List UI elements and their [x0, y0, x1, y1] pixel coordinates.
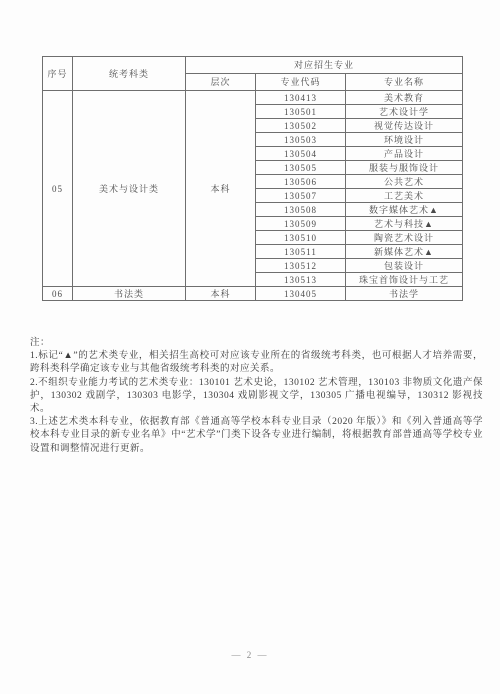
major-code-cell: 130507	[256, 189, 346, 203]
major-code-cell: 130508	[256, 203, 346, 217]
major-code-cell: 130505	[256, 161, 346, 175]
header-row-1: 序号 统考科类 对应招生专业	[43, 57, 463, 74]
major-name-cell: 数字媒体艺术▲	[346, 203, 463, 217]
major-name-cell: 包装设计	[346, 259, 463, 273]
majors-table: 序号 统考科类 对应招生专业 层次 专业代码 专业名称 05美术与设计类本科13…	[42, 56, 463, 301]
note-item-2: 2.不组织专业能力考试的艺术类专业：130101 艺术史论，130102 艺术管…	[30, 377, 483, 417]
col-header-name: 专业名称	[346, 74, 463, 91]
note-item-3: 3.上述艺术类本科专业，依据教育部《普通高等学校本科专业目录（2020 年版）》…	[30, 416, 483, 456]
major-name-cell: 艺术与科技▲	[346, 217, 463, 231]
notes-section: 注： 1.标记“▲”的艺术类专业，相关招生高校可对应该专业所在的省级统考科类，也…	[30, 337, 483, 456]
major-code-cell: 130513	[256, 273, 346, 287]
major-name-cell: 服装与服饰设计	[346, 161, 463, 175]
major-name-cell: 工艺美术	[346, 189, 463, 203]
major-code-cell: 130503	[256, 133, 346, 147]
category-cell: 美术与设计类	[73, 91, 186, 287]
major-name-cell: 陶瓷艺术设计	[346, 231, 463, 245]
major-name-cell: 产品设计	[346, 147, 463, 161]
major-code-cell: 130506	[256, 175, 346, 189]
page-number: — 2 —	[0, 650, 500, 660]
major-code-cell: 130504	[256, 147, 346, 161]
major-name-cell: 书法学	[346, 287, 463, 301]
note-item-1: 1.标记“▲”的艺术类专业，相关招生高校可对应该专业所在的省级统考科类，也可根据…	[30, 350, 483, 376]
majors-table-header: 序号 统考科类 对应招生专业 层次 专业代码 专业名称	[43, 57, 463, 91]
major-code-cell: 130512	[256, 259, 346, 273]
table-row: 06书法类本科130405书法学	[43, 287, 463, 301]
major-code-cell: 130502	[256, 119, 346, 133]
major-code-cell: 130511	[256, 245, 346, 259]
notes-label: 注：	[30, 337, 483, 350]
major-name-cell: 珠宝首饰设计与工艺	[346, 273, 463, 287]
major-name-cell: 美术教育	[346, 91, 463, 105]
col-header-group: 对应招生专业	[186, 57, 463, 74]
majors-table-body: 05美术与设计类本科130413美术教育130501艺术设计学130502视觉传…	[43, 91, 463, 301]
major-name-cell: 视觉传达设计	[346, 119, 463, 133]
category-cell: 书法类	[73, 287, 186, 301]
col-header-serial: 序号	[43, 57, 73, 91]
major-code-cell: 130510	[256, 231, 346, 245]
table-row: 05美术与设计类本科130413美术教育	[43, 91, 463, 105]
major-name-cell: 新媒体艺术▲	[346, 245, 463, 259]
col-header-level: 层次	[186, 74, 256, 91]
col-header-category: 统考科类	[73, 57, 186, 91]
major-name-cell: 艺术设计学	[346, 105, 463, 119]
level-cell: 本科	[186, 91, 256, 287]
major-code-cell: 130405	[256, 287, 346, 301]
major-code-cell: 130509	[256, 217, 346, 231]
major-name-cell: 公共艺术	[346, 175, 463, 189]
serial-cell: 06	[43, 287, 73, 301]
major-code-cell: 130501	[256, 105, 346, 119]
major-code-cell: 130413	[256, 91, 346, 105]
document-page: 序号 统考科类 对应招生专业 层次 专业代码 专业名称 05美术与设计类本科13…	[0, 0, 500, 694]
major-name-cell: 环境设计	[346, 133, 463, 147]
level-cell: 本科	[186, 287, 256, 301]
col-header-code: 专业代码	[256, 74, 346, 91]
serial-cell: 05	[43, 91, 73, 287]
